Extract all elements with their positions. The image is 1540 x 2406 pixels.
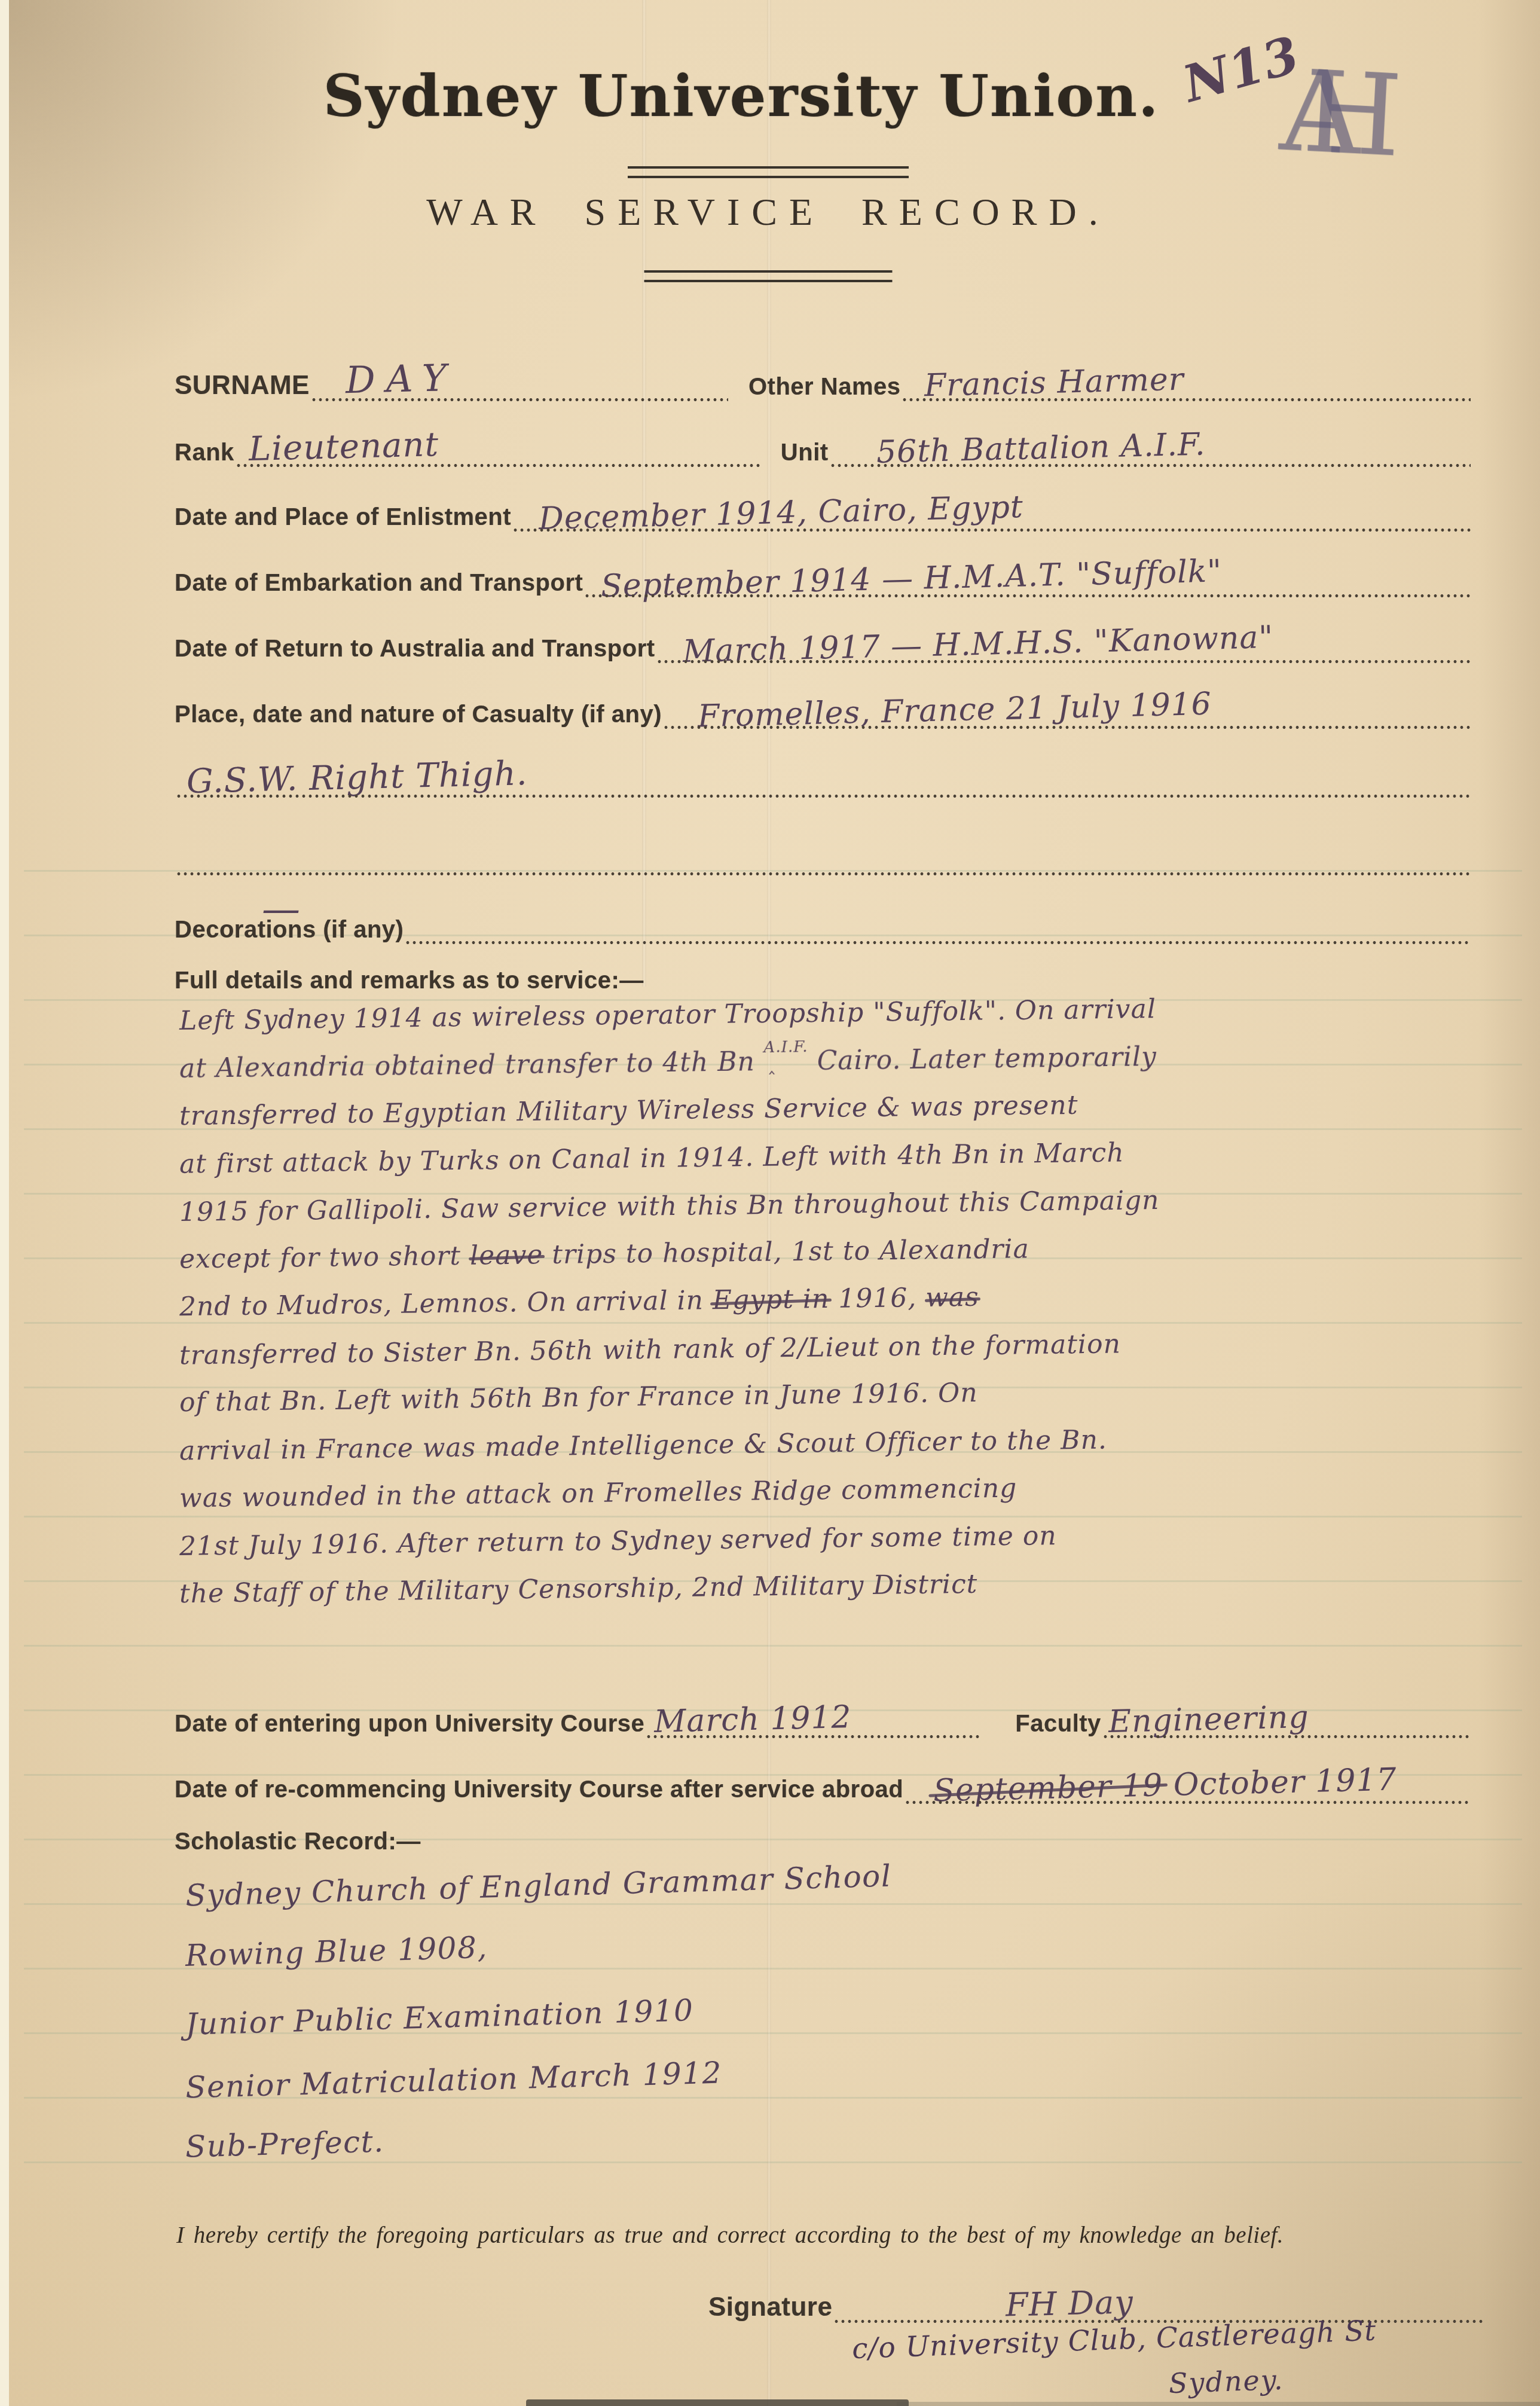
return-field: March 1917 — H.M.H.S. "Kanowna" <box>655 619 1471 664</box>
entering-course-value: March 1912 <box>654 1699 852 1740</box>
scholastic-line: Sydney Church of England Grammar School <box>185 1859 892 1913</box>
service-line: except for two short leave trips to hosp… <box>179 1233 1029 1274</box>
row-casualty: Place, date and nature of Casualty (if a… <box>175 685 1471 729</box>
scan-edge-shadow-light <box>897 2402 1540 2406</box>
decorations-field <box>404 900 1471 945</box>
signature-value: FH Day <box>1006 2283 1134 2323</box>
certification-statement: I hereby certify the foregoing particula… <box>176 2222 1284 2249</box>
entering-course-field: March 1912 <box>644 1694 979 1739</box>
other-names-label: Other Names <box>748 374 900 402</box>
service-line: the Staff of the Military Censorship, 2n… <box>179 1569 978 1609</box>
rank-field: Lieutenant <box>234 423 760 468</box>
row-blank-line <box>175 832 1471 876</box>
surname-label: SURNAME <box>175 371 310 402</box>
unit-label: Unit <box>781 439 829 468</box>
casualty-value: Fromelles, France 21 July 1916 <box>697 686 1212 735</box>
embarkation-label: Date of Embarkation and Transport <box>175 570 583 598</box>
return-value: March 1917 — H.M.H.S. "Kanowna" <box>682 619 1274 670</box>
entering-course-label: Date of entering upon University Course <box>175 1711 644 1739</box>
casualty-label: Place, date and nature of Casualty (if a… <box>175 701 662 729</box>
decorations-label: Decorations (if any) <box>175 917 404 945</box>
embarkation-value: September 1914 — H.M.A.T. "Suffolk" <box>601 553 1223 604</box>
scholastic-line: Sub-Prefect. <box>185 2124 384 2164</box>
pencil-monogram: AH <box>1277 45 1346 179</box>
scan-backing-edge <box>0 0 9 2406</box>
surname-value: DAY <box>345 356 458 402</box>
scholastic-line: Rowing Blue 1908, <box>185 1930 488 1973</box>
enlistment-label: Date and Place of Enlistment <box>175 504 511 532</box>
row-casualty-continuation: G.S.W. Right Thigh. <box>175 754 1471 798</box>
scholastic-line: Senior Matriculation March 1912 <box>185 2055 722 2105</box>
service-line: 1915 for Gallipoli. Saw service with thi… <box>179 1185 1160 1228</box>
other-names-value: Francis Harmer <box>924 362 1185 404</box>
address-line-2: Sydney. <box>1168 2364 1284 2400</box>
row-embarkation: Date of Embarkation and Transport Septem… <box>175 554 1471 598</box>
casualty-field: Fromelles, France 21 July 1916 <box>662 685 1471 729</box>
service-line: transferred to Sister Bn. 56th with rank… <box>179 1329 1121 1370</box>
row-return: Date of Return to Australia and Transpor… <box>175 619 1471 664</box>
row-entering-course: Date of entering upon University Course … <box>175 1694 1471 1739</box>
rank-value: Lieutenant <box>248 425 439 469</box>
blank-leader-line <box>175 832 1471 876</box>
enlistment-value: December 1914, Cairo, Egypt <box>538 489 1023 537</box>
recommencing-course-field: September 19 October 1917 <box>903 1760 1471 1804</box>
service-line: transferred to Egyptian Military Wireles… <box>179 1090 1078 1131</box>
faculty-label: Faculty <box>1015 1711 1101 1739</box>
recommencing-course-label: Date of re-commencing University Course … <box>175 1776 903 1804</box>
row-decorations: Decorations (if any) <box>175 900 1471 945</box>
service-line: arrival in France was made Intelligence … <box>179 1425 1107 1467</box>
service-line: was wounded in the attack on Fromelles R… <box>179 1473 1017 1513</box>
scholastic-record-label: Scholastic Record:— <box>175 1828 421 1857</box>
row-recommencing-course: Date of re-commencing University Course … <box>175 1760 1471 1804</box>
service-line: 21st July 1916. After return to Sydney s… <box>179 1520 1057 1562</box>
scholastic-line: Junior Public Examination 1910 <box>185 1993 694 2042</box>
enlistment-field: December 1914, Cairo, Egypt <box>511 488 1471 532</box>
embarkation-field: September 1914 — H.M.A.T. "Suffolk" <box>583 554 1471 598</box>
unit-value: 56th Battalion A.I.F. <box>876 426 1206 470</box>
surname-field: DAY <box>310 358 728 402</box>
casualty-continuation-value: G.S.W. Right Thigh. <box>186 754 528 801</box>
service-line: at Alexandria obtained transfer to 4th B… <box>179 1042 1157 1084</box>
form-title: WAR SERVICE RECORD. <box>426 190 1110 234</box>
row-rank: Rank Lieutenant Unit 56th Battalion A.I.… <box>175 423 1471 468</box>
faculty-field: Engineering <box>1101 1694 1471 1739</box>
org-title: Sydney University Union. <box>323 62 1159 130</box>
casualty-continuation-field: G.S.W. Right Thigh. <box>175 754 1471 798</box>
double-rule-top <box>628 166 909 178</box>
service-details-label: Full details and remarks as to service:— <box>175 967 644 996</box>
double-rule-bottom <box>644 270 893 282</box>
signature-field: FH Day <box>832 2279 1483 2323</box>
signature-label: Signature <box>708 2292 832 2323</box>
return-label: Date of Return to Australia and Transpor… <box>175 636 655 664</box>
unit-field: 56th Battalion A.I.F. <box>829 423 1471 468</box>
faculty-value: Engineering <box>1108 1699 1309 1740</box>
row-surname: SURNAME DAY Other Names Francis Harmer <box>175 358 1471 402</box>
service-line: at first attack by Turks on Canal in 191… <box>179 1137 1125 1179</box>
row-enlistment: Date and Place of Enlistment December 19… <box>175 488 1471 532</box>
war-service-record-page: N13 AH Sydney University Union. WAR SERV… <box>0 0 1540 2406</box>
rank-label: Rank <box>175 439 234 468</box>
other-names-field: Francis Harmer <box>900 358 1471 402</box>
service-line: Left Sydney 1914 as wireless operator Tr… <box>179 994 1156 1036</box>
recommencing-course-value: September 19 October 1917 <box>933 1762 1398 1809</box>
service-line: of that Bn. Left with 56th Bn for France… <box>179 1378 978 1418</box>
scan-edge-shadow <box>526 2399 909 2406</box>
service-line: 2nd to Mudros, Lemnos. On arrival in Egy… <box>179 1282 979 1322</box>
